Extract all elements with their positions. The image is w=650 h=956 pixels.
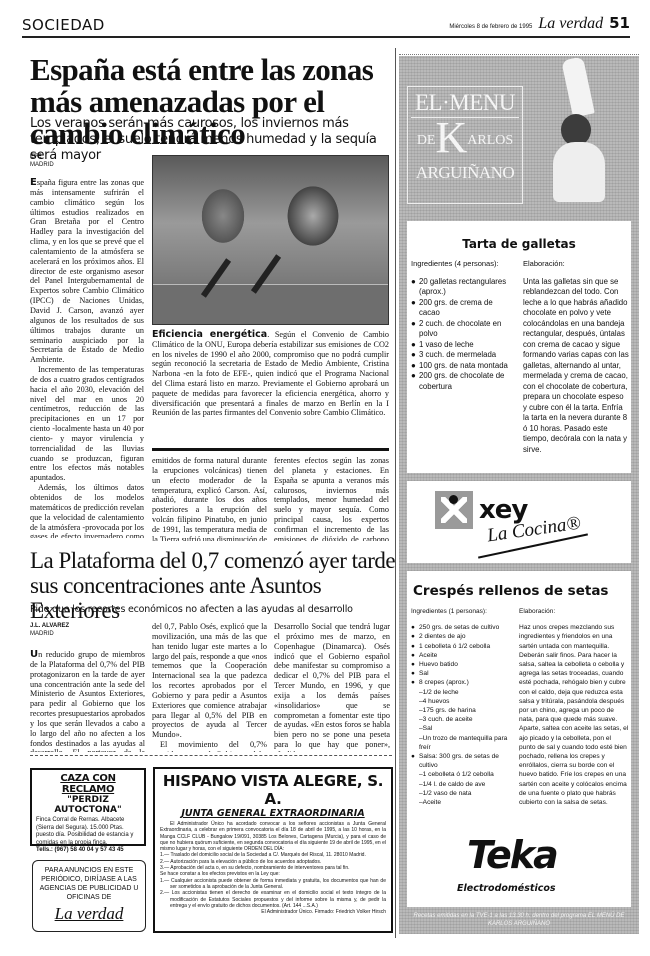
ingredient-item: 100 grs. de nata montada [411, 361, 515, 372]
ingredient-item: Sal [411, 669, 511, 678]
ingredient-item: 20 galletas rectangulares (aprox.) [411, 277, 515, 298]
page-number: 51 [609, 14, 630, 32]
ingredient-item: –Sal [411, 724, 511, 733]
column-divider [395, 48, 396, 938]
divider [152, 448, 389, 451]
ingredient-item: –Aceite [411, 798, 511, 807]
la-verdad-logo: La verdad [36, 904, 142, 924]
ingredient-item: 200 grs. de crema de cacao [411, 298, 515, 319]
ingredient-item: Salsa: 300 grs. de setas de cultivo [411, 752, 511, 770]
xey-logo-icon [435, 491, 473, 529]
ad-phone: Tells.: (967) 58 40 04 y 57 43 45 [36, 847, 140, 853]
ingredient-item: –175 grs. de harina [411, 706, 511, 715]
ingredients-list: Ingredientes (4 personas): 20 galletas r… [411, 259, 515, 455]
teka-logo: Teka [467, 833, 557, 877]
byline-author: J.L. ALVAREZ [30, 623, 69, 629]
recipe-title: Crespés rellenos de setas [407, 571, 631, 599]
broadcast-footnote: Recetas emitidas en la TVE-1 a las 13.30… [403, 912, 635, 928]
ingredient-item: –3 cuch. de aceite [411, 715, 511, 724]
article1-paragraph: Incremento de las temperaturas de dos a … [30, 365, 144, 483]
byline-agency: EFE [30, 154, 42, 160]
ingredient-item: Aceite [411, 651, 511, 660]
photo-desk [153, 284, 388, 324]
ingredient-item: –4 huevos [411, 697, 511, 706]
dotted-divider [399, 54, 639, 55]
ingredient-item: –1/2 vaso de nata [411, 789, 511, 798]
section-label: SOCIEDAD [22, 16, 105, 34]
ingredient-item: 1 cebolleta ó 1/2 cebolla [411, 642, 511, 651]
ad-la-verdad: PARA ANUNCIOS EN ESTE PERIÓDICO, DIRÍJAS… [32, 860, 146, 932]
header-right: Miércoles 8 de febrero de 1995 La verdad… [449, 14, 630, 33]
chef-photo [549, 58, 619, 208]
el-menu-banner: EL·MENU DEKARLOS ARGUIÑANO [407, 86, 523, 204]
dropcap: U [30, 650, 38, 660]
ingredient-item: 200 grs. de chocolate de cobertura [411, 371, 515, 392]
issue-date: Miércoles 8 de febrero de 1995 [449, 24, 532, 30]
recipe-card-crepes: Crespés rellenos de setas Ingredientes (… [407, 571, 631, 829]
newspaper-name: La verdad [538, 15, 603, 33]
ingredient-item: 3 cuch. de mermelada [411, 350, 515, 361]
article1-photo [152, 155, 389, 325]
article1-column-1: España figura entre las zonas que más in… [30, 178, 144, 538]
page-header: SOCIEDAD Miércoles 8 de febrero de 1995 … [22, 8, 630, 38]
ad-hispano-vista-alegre: HISPANO VISTA ALEGRE, S. A. JUNTA GENERA… [153, 767, 393, 933]
article2-column-3: Desarrollo Social que tendrá lugar el pr… [274, 622, 390, 752]
article1-column-3: ferentes efectos según las zonas del pla… [274, 456, 389, 541]
article2-subheadline: Pide que los recortes económicos no afec… [30, 604, 400, 615]
xey-sponsor: xey La Cocina® [407, 481, 631, 563]
article1-column-2: emitidos de forma natural durante la eru… [152, 456, 267, 541]
caption-title: Eficiencia energética [152, 329, 267, 340]
article2-column-2: del 0,7, Pablo Osés, explicó que la movi… [152, 622, 267, 752]
ingredient-item: 2 cuch. de chocolate en polvo [411, 319, 515, 340]
ingredient-item: 1 vaso de leche [411, 340, 515, 351]
article1-byline: EFE MADRID [30, 153, 54, 169]
recipe-card-tarta: Tarta de galletas Ingredientes (4 person… [407, 221, 631, 473]
ingredient-item: 250 grs. de setas de cultivo [411, 623, 511, 632]
dotted-divider [30, 755, 392, 756]
byline-place: MADRID [30, 161, 54, 169]
photo-caption: Eficiencia energética. Según el Convenio… [152, 330, 389, 418]
teka-sponsor: Teka Electrodomésticos [407, 829, 631, 907]
recipe-title: Tarta de galletas [407, 221, 631, 251]
ingredient-item: –1/4 l. de caldo de ave [411, 780, 511, 789]
method-text: Elaboración: Unta las galletas sin que s… [523, 259, 629, 455]
byline-place: MADRID [30, 630, 69, 638]
dropcap: E [30, 178, 37, 188]
recipe-panel: EL·MENU DEKARLOS ARGUIÑANO Tarta de gall… [399, 56, 639, 934]
ingredient-item: 2 dientes de ajo [411, 632, 511, 641]
article2-byline: J.L. ALVAREZ MADRID [30, 622, 69, 638]
ad-caza-con-reclamo: CAZA CON RECLAMO "PERDIZ AUTOCTONA" Finc… [30, 768, 146, 846]
chef-hat-icon [561, 56, 595, 117]
ingredient-item: Huevo batido [411, 660, 511, 669]
article2-column-1: Un reducido grupo de miembros de la Plat… [30, 650, 145, 752]
article1-paragraph: Además, los últimos datos obtenidos de l… [30, 483, 144, 538]
article1-paragraph: España figura entre las zonas que más in… [30, 178, 144, 365]
ingredient-item: –1 cebolleta ó 1/2 cebolla [411, 770, 511, 779]
ingredient-item: –1/2 de leche [411, 688, 511, 697]
method-text: Elaboración: Haz unos crepes mezclando s… [519, 607, 629, 807]
ingredients-list: Ingredientes (1 personas): 250 grs. de s… [411, 607, 511, 807]
ingredient-item: 8 crepes (aprox.) [411, 678, 511, 687]
ingredient-item: –Un trozo de mantequilla para freír [411, 734, 511, 752]
